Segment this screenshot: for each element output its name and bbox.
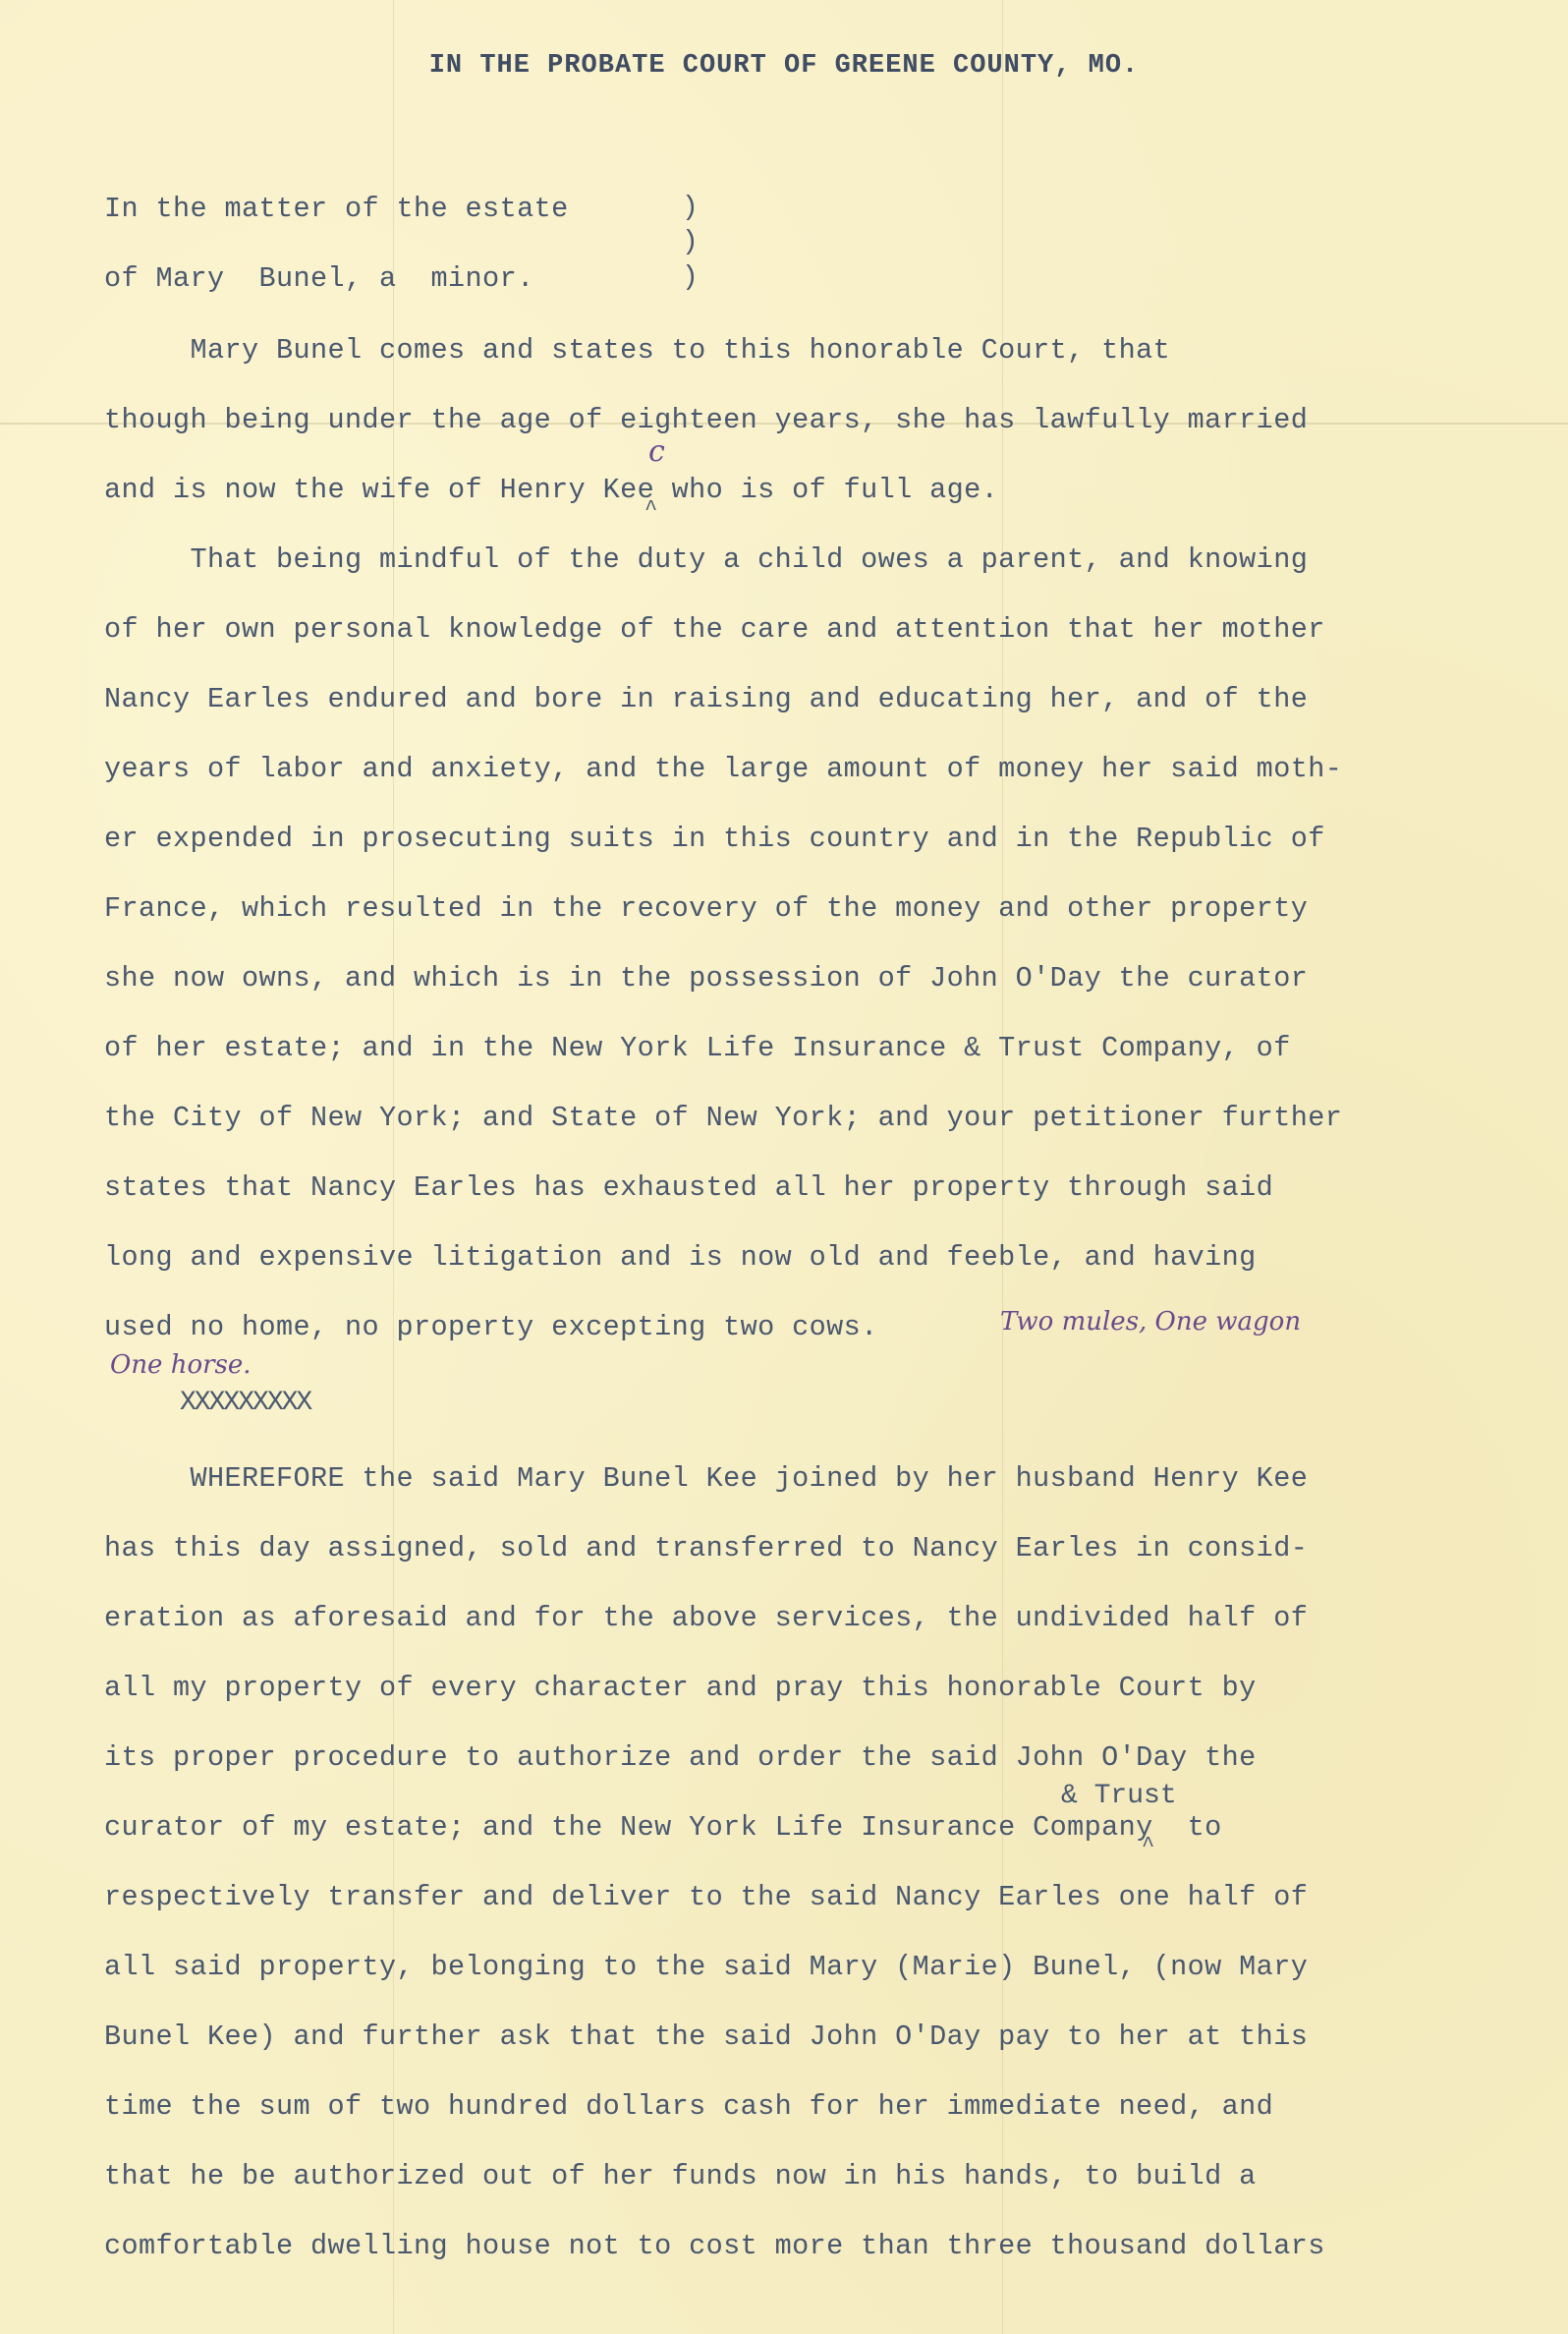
handwritten-insert: c — [648, 434, 665, 469]
body-line: of her estate; and in the New York Life … — [104, 1032, 1291, 1064]
body-line: she now owns, and which is in the posses… — [104, 962, 1308, 995]
typed-insertion: & Trust — [1061, 1781, 1177, 1811]
handwritten-addition: Two mules, One wagon — [1000, 1307, 1301, 1337]
body-line: eration as aforesaid and for the above s… — [104, 1602, 1308, 1634]
body-line: Mary Bunel comes and states to this hono… — [104, 334, 1170, 367]
body-line: the City of New York; and State of New Y… — [104, 1102, 1342, 1134]
court-heading: IN THE PROBATE COURT OF GREENE COUNTY, M… — [0, 51, 1568, 81]
body-line: WHEREFORE the said Mary Bunel Kee joined… — [104, 1462, 1308, 1495]
body-line: curator of my estate; and the New York L… — [104, 1811, 1222, 1844]
body-line: of her own personal knowledge of the car… — [104, 613, 1325, 646]
body-line: states that Nancy Earles has exhausted a… — [104, 1171, 1273, 1204]
caption-paren: ) — [682, 262, 699, 293]
struck-out-text: XXXXXXXXX — [180, 1388, 310, 1418]
body-line: that he be authorized out of her funds n… — [104, 2160, 1257, 2192]
body-line: long and expensive litigation and is now… — [104, 1241, 1257, 1274]
body-line: though being under the age of eighteen y… — [104, 404, 1308, 436]
body-line: and is now the wife of Henry Kee who is … — [104, 474, 998, 506]
body-line: France, which resulted in the recovery o… — [104, 892, 1308, 925]
insertion-caret: ^ — [644, 497, 657, 522]
body-line: comfortable dwelling house not to cost m… — [104, 2230, 1325, 2262]
body-line: er expended in prosecuting suits in this… — [104, 823, 1325, 855]
body-line: years of labor and anxiety, and the larg… — [104, 753, 1342, 785]
handwritten-addition: One horse. — [110, 1350, 252, 1380]
body-line: its proper procedure to authorize and or… — [104, 1741, 1257, 1774]
body-line: used no home, no property excepting two … — [104, 1311, 878, 1343]
insertion-caret: ^ — [1142, 1834, 1154, 1858]
caption-paren: ) — [682, 193, 699, 223]
caption-line: of Mary Bunel, a minor. — [104, 262, 534, 295]
body-line: time the sum of two hundred dollars cash… — [104, 2090, 1273, 2123]
document-page: IN THE PROBATE COURT OF GREENE COUNTY, M… — [0, 0, 1568, 2334]
body-line: That being mindful of the duty a child o… — [104, 543, 1308, 576]
caption-line: In the matter of the estate — [104, 193, 569, 225]
body-line: respectively transfer and deliver to the… — [104, 1881, 1308, 1913]
body-line: all my property of every character and p… — [104, 1672, 1257, 1704]
body-line: has this day assigned, sold and transfer… — [104, 1532, 1308, 1565]
caption-paren: ) — [682, 227, 699, 257]
body-line: Nancy Earles endured and bore in raising… — [104, 683, 1308, 715]
body-line: all said property, belonging to the said… — [104, 1951, 1308, 1983]
body-line: Bunel Kee) and further ask that the said… — [104, 2021, 1308, 2053]
